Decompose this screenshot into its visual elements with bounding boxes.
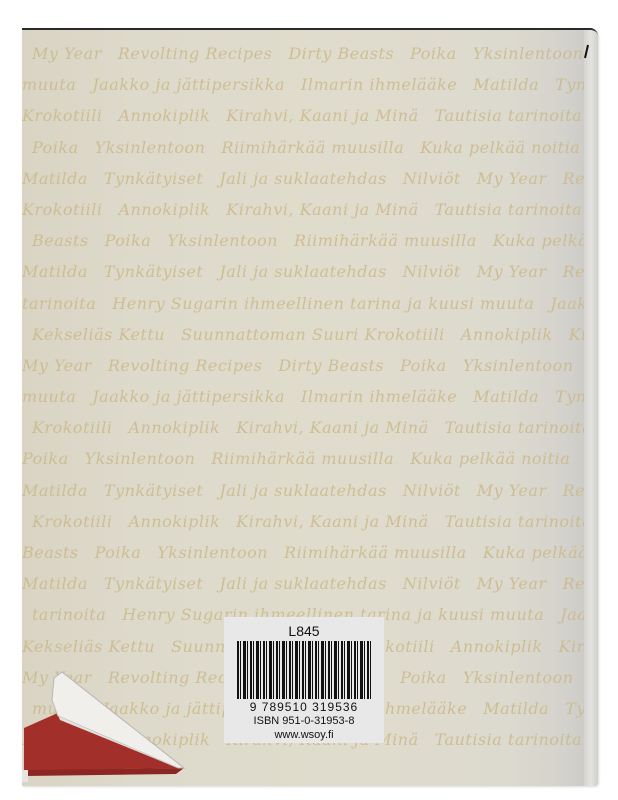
title-row: KrokotiiliAnnokiplikKirahvi, Kaani ja Mi…	[22, 100, 598, 131]
book-title: Jali ja suklaatehdas	[219, 574, 386, 593]
book-title: Annokiplik	[128, 512, 220, 531]
book-title: Annokiplik	[118, 730, 210, 749]
book-title: muuta	[32, 699, 86, 718]
book-title: Suunnattoman Suuri Krokotiili	[181, 325, 445, 344]
book-title: Nilviöt	[403, 262, 461, 281]
book-title: Matilda	[473, 387, 539, 406]
book-title: Yksinlentoon	[473, 44, 584, 63]
book-title: Yksinlentoon	[85, 449, 196, 468]
book-title: tarinoita	[22, 294, 96, 313]
title-row: muutaJaakko ja jättipersikkaIlmarin ihme…	[22, 381, 598, 412]
barcode-sticker: L845 9 789510 319536 ISBN 951-0-31953-8 …	[224, 617, 384, 743]
book-title: Kuka pelkää noitia	[493, 231, 598, 250]
book-title: Tautisia tarinoita	[435, 730, 583, 749]
book-title: Poika	[410, 44, 457, 63]
book-title: Kuka pelkää noitia	[420, 138, 580, 157]
book-title: Dirty Beasts	[278, 356, 384, 375]
book-title: My Year	[477, 574, 547, 593]
book-title: Yksinlentoon	[463, 668, 574, 687]
book-title: Annokiplik	[461, 325, 553, 344]
title-row: muutaJaakko ja jättipersikkaIlmarin ihme…	[22, 69, 598, 100]
book-title: Riimihärkää muusilla	[294, 231, 477, 250]
book-title: Kirahvi, Kaani ja Minä	[226, 106, 418, 125]
title-row: My YearRevolting RecipesDirty BeastsPoik…	[22, 38, 598, 69]
book-title: Tynkätyiset	[104, 574, 203, 593]
book-title: Matilda	[22, 481, 88, 500]
book-title: Krokotiili	[22, 106, 102, 125]
book-title: Poika	[400, 356, 447, 375]
book-title: muuta	[22, 75, 76, 94]
jacket-right-edge	[584, 30, 598, 786]
book-title: Revolting Recipes	[118, 44, 273, 63]
book-title: Yksinlentoon	[463, 356, 574, 375]
book-title: My Year	[22, 356, 92, 375]
book-title: My Year	[477, 262, 547, 281]
book-title: My Year	[477, 169, 547, 188]
book-title: Poika	[22, 449, 69, 468]
book-title: Poika	[105, 231, 152, 250]
title-row: BeastsPoikaYksinlentoonRiimihärkää muusi…	[22, 225, 598, 256]
book-title: My Year	[477, 481, 547, 500]
book-title: Beasts	[22, 543, 79, 562]
book-title: Annokiplik	[118, 106, 210, 125]
book-title: Matilda	[22, 169, 88, 188]
book-title: Annokiplik	[118, 200, 210, 219]
book-title: Krokotiili	[22, 200, 102, 219]
book-title: Matilda	[473, 75, 539, 94]
title-row: tarinoitaHenry Sugarin ihmeellinen tarin…	[22, 288, 598, 319]
book-title: Tautisia tarinoita	[435, 106, 583, 125]
title-row: KrokotiiliAnnokiplikKirahvi, Kaani ja Mi…	[22, 194, 598, 225]
book-title: muuta	[22, 387, 76, 406]
book-title: Matilda	[22, 574, 88, 593]
book-title: Tynkätyiset	[104, 169, 203, 188]
book-title: Annokiplik	[128, 418, 220, 437]
book-title: Jali ja suklaatehdas	[219, 169, 386, 188]
book-title: Riimihärkää muusilla	[221, 138, 404, 157]
book-title: Kirahvi, Kaani ja Minä	[236, 418, 428, 437]
book-title: Jaakko ja jättipersikka	[92, 387, 285, 406]
book-title: Matilda	[483, 699, 549, 718]
library-code: L845	[224, 623, 384, 639]
book-title: Krokotiili	[32, 418, 112, 437]
book-title: Poika	[400, 668, 447, 687]
book-title: Jali ja suklaatehdas	[219, 481, 386, 500]
title-row: PoikaYksinlentoonRiimihärkää muusillaKuk…	[22, 132, 598, 163]
book-title: Ilmarin ihmelääke	[301, 75, 457, 94]
book-title: Yksinlentoon	[95, 138, 206, 157]
book-title: Henry Sugarin ihmeellinen tarina ja kuus…	[112, 294, 534, 313]
book-title: Jaakko ja jättipersikka	[92, 75, 285, 94]
book-title: Tynkätyiset	[104, 481, 203, 500]
title-row: PoikaYksinlentoonRiimihärkää muusillaKuk…	[22, 443, 598, 474]
title-row: MatildaTynkätyisetJali ja suklaatehdasNi…	[22, 256, 598, 287]
book-title: Jali ja suklaatehdas	[219, 262, 386, 281]
book-title: Tynkätyiset	[104, 262, 203, 281]
title-row: MatildaTynkätyisetJali ja suklaatehdasNi…	[22, 568, 598, 599]
book-title: tarinoita	[32, 605, 106, 624]
book-title: Krokotiili	[32, 512, 112, 531]
title-row: KrokotiiliAnnokiplikKirahvi, Kaani ja Mi…	[22, 412, 598, 443]
book-title: Tautisia tarinoita	[435, 200, 583, 219]
book-title: My Year	[22, 668, 92, 687]
book-title: Revolting Recipes	[108, 356, 263, 375]
title-row: MatildaTynkätyisetJali ja suklaatehdasNi…	[22, 163, 598, 194]
barcode-digits: 9 789510 319536	[224, 700, 384, 714]
title-row: MatildaTynkätyisetJali ja suklaatehdasNi…	[22, 475, 598, 506]
publisher-url: www.wsoy.fi	[224, 729, 384, 741]
barcode	[237, 641, 371, 699]
book-title: Tautisia tarinoita	[445, 512, 593, 531]
book-title: Riimihärkää muusilla	[211, 449, 394, 468]
book-title: Riimihärkää muusilla	[284, 543, 467, 562]
book-title: My Year	[32, 44, 102, 63]
book-title: Kekseliäs Kettu	[22, 637, 155, 656]
book-title: Kuka pelkää noitia	[483, 543, 598, 562]
book-title: Nilviöt	[403, 481, 461, 500]
isbn: ISBN 951-0-31953-8	[224, 715, 384, 727]
title-row: Kekseliäs KettuSuunnattoman Suuri Krokot…	[22, 319, 598, 350]
book-title: Yksinlentoon	[157, 543, 268, 562]
book-title: Annokiplik	[451, 637, 543, 656]
title-row: BeastsPoikaYksinlentoonRiimihärkää muusi…	[22, 537, 598, 568]
book-title: Ilmarin ihmelääke	[301, 387, 457, 406]
book-title: Matilda	[22, 262, 88, 281]
book-title: Dirty Beasts	[288, 44, 394, 63]
book-title: Tautisia tarinoita	[445, 418, 593, 437]
book-title: Nilviöt	[403, 169, 461, 188]
book-title: Poika	[95, 543, 142, 562]
book-title: Poika	[32, 138, 79, 157]
title-row: KrokotiiliAnnokiplikKirahvi, Kaani ja Mi…	[22, 506, 598, 537]
title-row: My YearRevolting RecipesDirty BeastsPoik…	[22, 350, 598, 381]
book-title: Yksinlentoon	[167, 231, 278, 250]
book-title: Krokotiili	[22, 730, 102, 749]
book-title: Kirahvi, Kaani ja Minä	[236, 512, 428, 531]
book-title: Nilviöt	[403, 574, 461, 593]
book-title: Beasts	[32, 231, 89, 250]
book-title: Kirahvi, Kaani ja Minä	[226, 200, 418, 219]
book-title: Kekseliäs Kettu	[32, 325, 165, 344]
book-title: Kuka pelkää noitia	[410, 449, 570, 468]
